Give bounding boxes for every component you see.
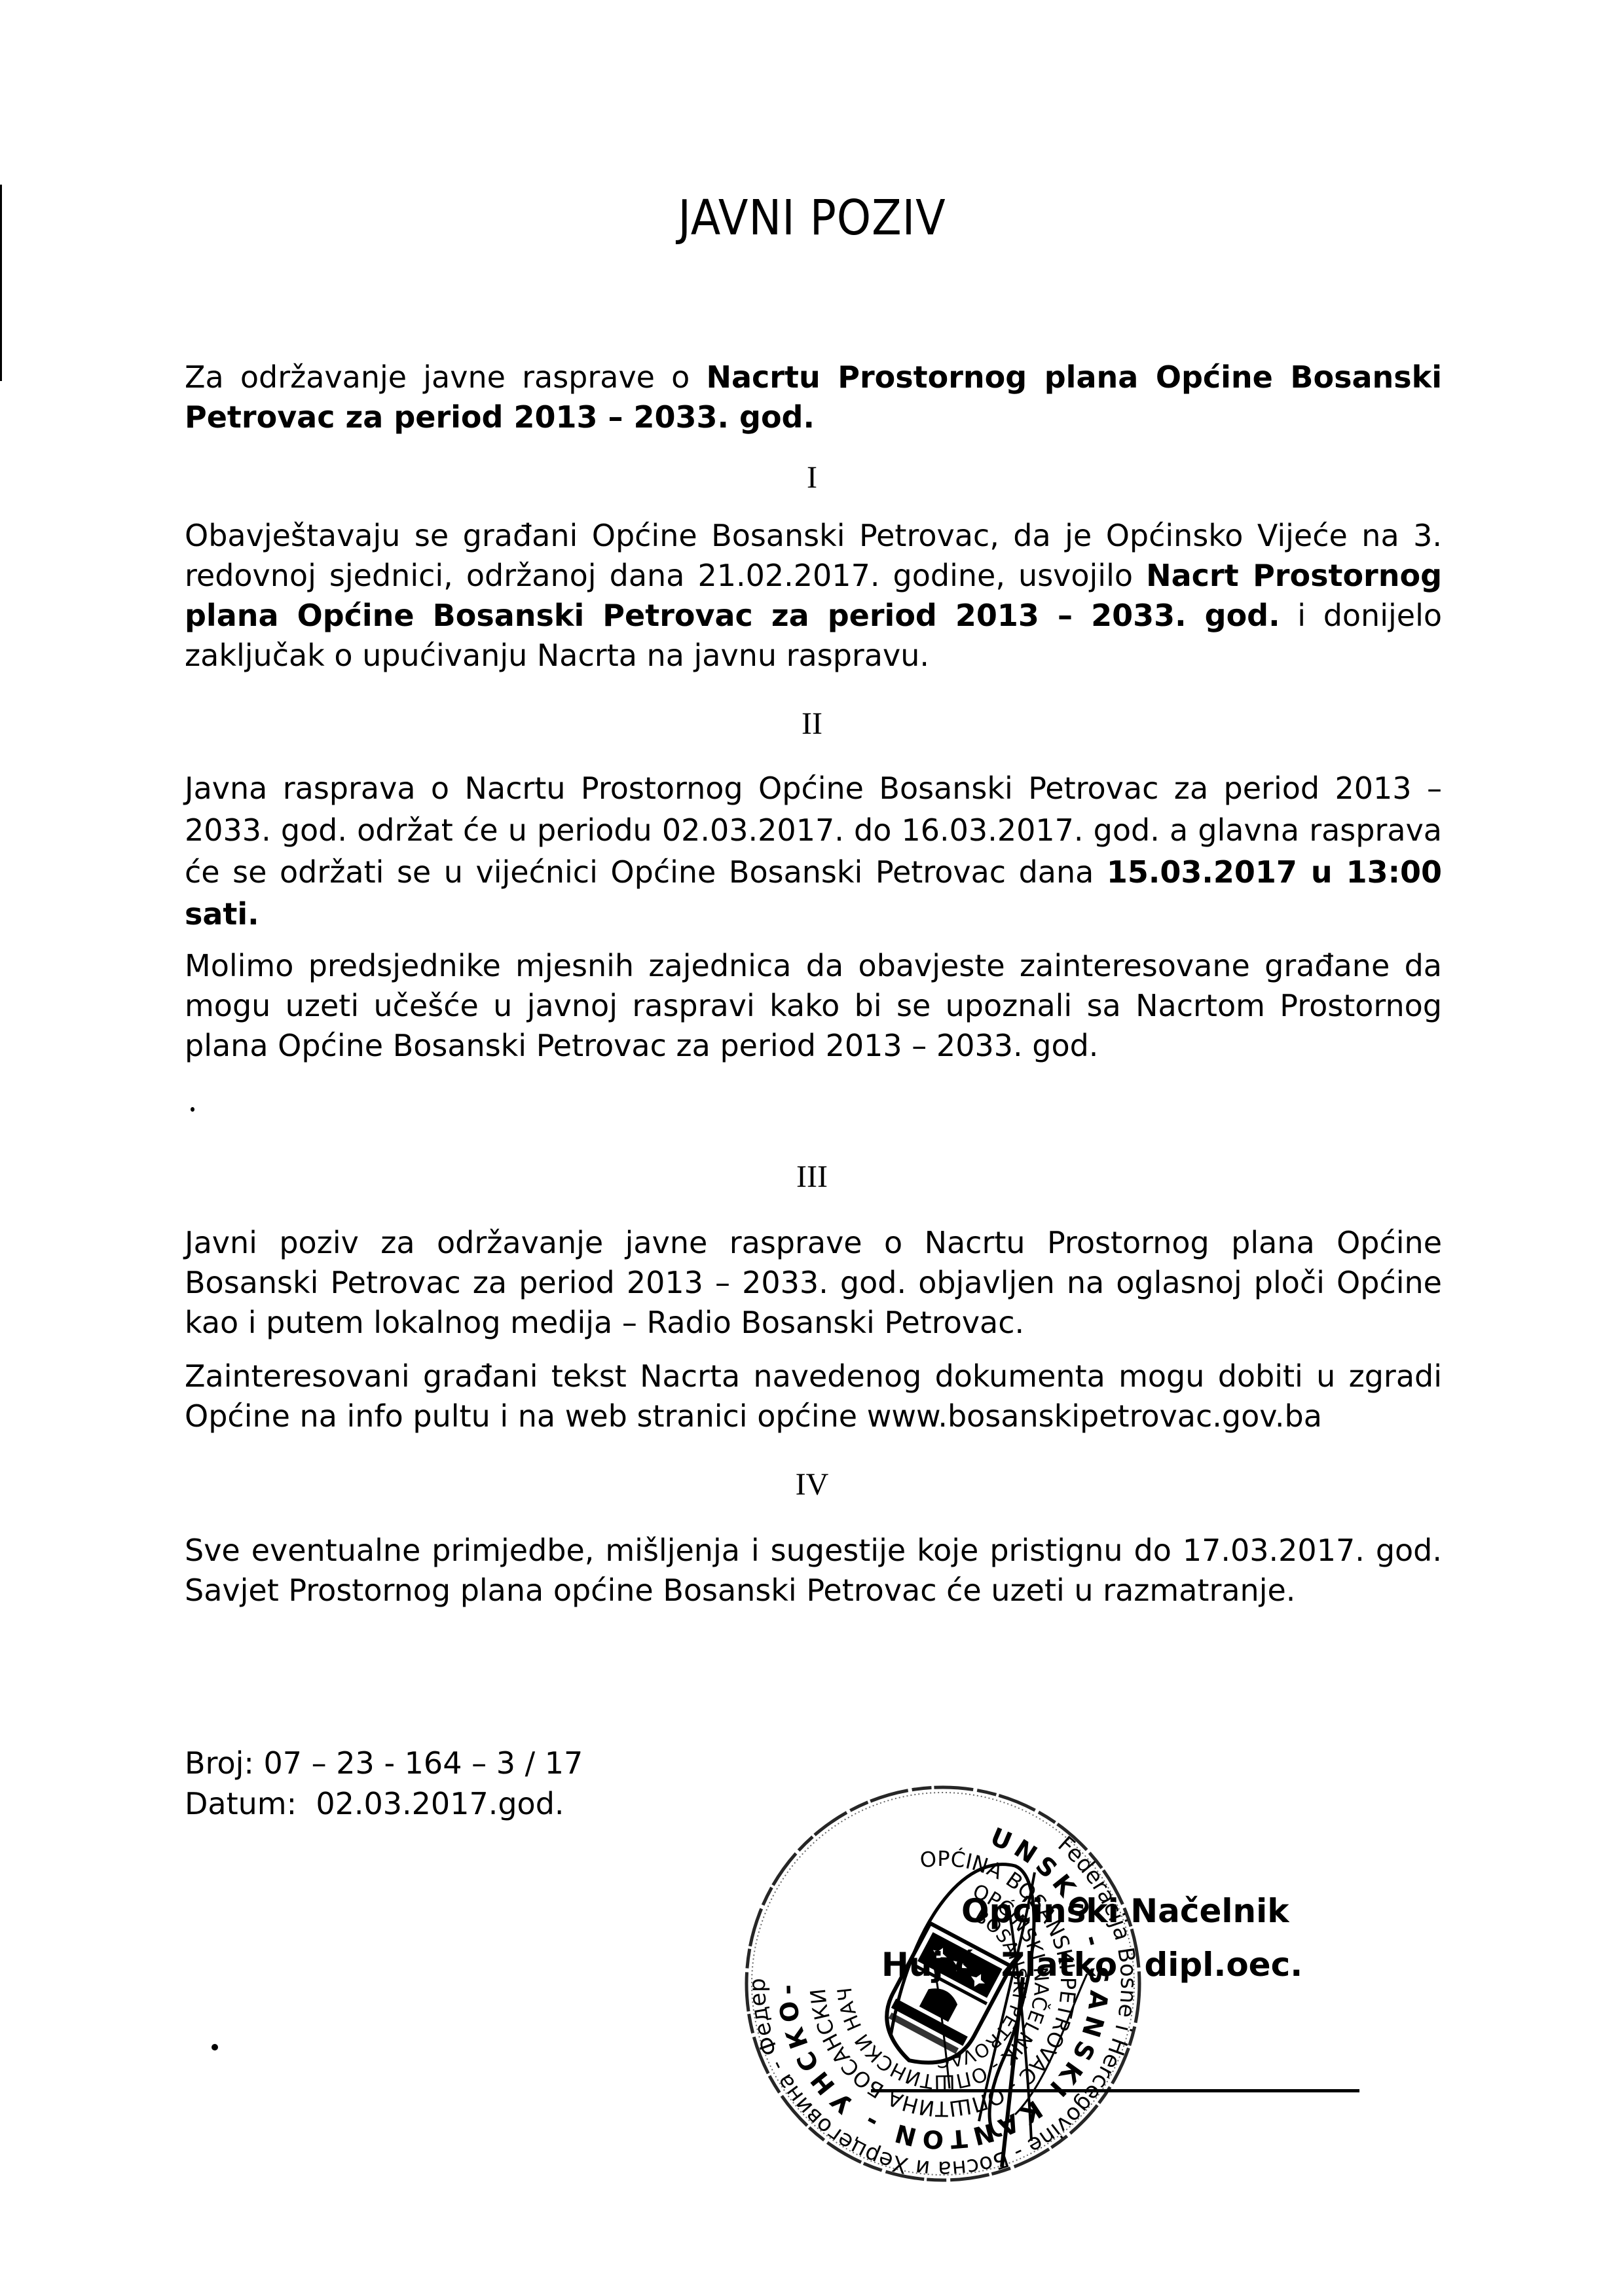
- stray-dot: [212, 2044, 218, 2050]
- section-numeral-3: III: [0, 1159, 1624, 1195]
- text-run: Zainteresovani građani tekst Nacrta nave…: [185, 1358, 1442, 1434]
- section-4-paragraph-1: Sve eventualne primjedbe, mišljenja i su…: [185, 1531, 1442, 1611]
- datum-value: 02.03.2017.god.: [316, 1786, 564, 1821]
- intro-plain: Za održavanje javne rasprave o: [185, 359, 706, 395]
- signature-line: [871, 2089, 1359, 2092]
- handwritten-signature: [871, 1827, 1133, 2167]
- section-numeral-4: IV: [0, 1467, 1624, 1503]
- section-numeral-2: II: [0, 706, 1624, 742]
- section-2-paragraph-2: Molimo predsjednike mjesnih zajednica da…: [185, 946, 1442, 1066]
- text-run: Molimo predsjednike mjesnih zajednica da…: [185, 948, 1442, 1063]
- stray-dot: [191, 1107, 194, 1112]
- document-page: JAVNI POZIV Za održavanje javne rasprave…: [0, 0, 1624, 2296]
- section-3-paragraph-1: Javni poziv za održavanje javne rasprave…: [185, 1223, 1442, 1343]
- section-numeral-1: I: [0, 460, 1624, 496]
- text-run: Sve eventualne primjedbe, mišljenja i su…: [185, 1533, 1442, 1608]
- scan-edge-artifact: [0, 185, 2, 381]
- section-1-paragraph-1: Obavještavaju se građani Općine Bosanski…: [185, 516, 1442, 676]
- intro-paragraph: Za održavanje javne rasprave o Nacrtu Pr…: [185, 357, 1442, 437]
- document-title: JAVNI POZIV: [81, 190, 1543, 246]
- section-3-paragraph-2: Zainteresovani građani tekst Nacrta nave…: [185, 1357, 1442, 1436]
- section-2-paragraph-1: Javna rasprava o Nacrtu Prostornog Općin…: [185, 767, 1442, 935]
- reference-number: Broj: 07 – 23 - 164 – 3 / 17: [185, 1743, 583, 1783]
- broj-label: Broj:: [185, 1745, 254, 1781]
- text-run: Javni poziv za održavanje javne rasprave…: [185, 1225, 1442, 1340]
- datum-label: Datum:: [185, 1786, 297, 1821]
- broj-value: 07 – 23 - 164 – 3 / 17: [264, 1745, 583, 1781]
- reference-date: Datum: 02.03.2017.god.: [185, 1783, 564, 1824]
